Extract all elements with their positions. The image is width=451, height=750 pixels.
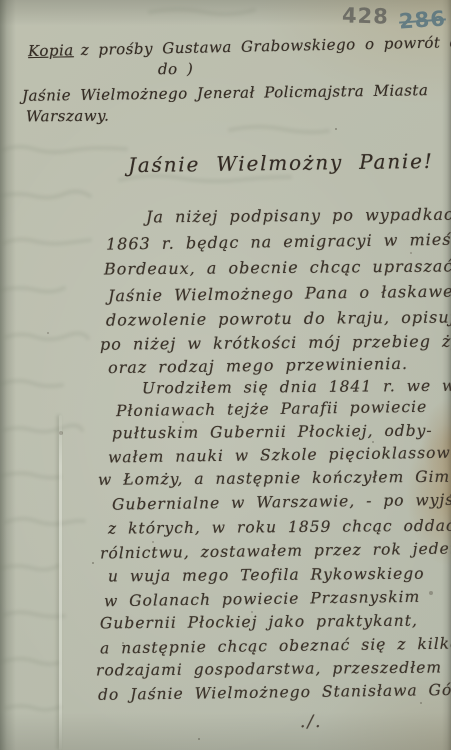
manuscript-line: do Jaśnie Wielmożnego Stanisława Górskie… <box>98 680 451 704</box>
manuscript-line: oraz rodzaj mego przewinienia. <box>108 354 408 377</box>
manuscript-line: rodzajami gospodarstwa, przeszedłem <box>96 658 442 679</box>
manuscript-line: pułtuskim Gubernii Płockiej, odby- <box>112 422 433 443</box>
manuscript-line: Ja niżej podpisany po wypadkach <box>146 205 451 227</box>
manuscript-line: Gubernii Płockiej jako praktykant, <box>100 612 418 633</box>
manuscript-line: Urodziłem się dnia 1841 r. we wsi <box>142 377 451 398</box>
continuation-mark: ./. <box>300 712 323 732</box>
manuscript-line: a następnie chcąc obeznać się z kilko <box>100 634 451 657</box>
docket-title-rest: z prośby Gustawa Grabowskiego o powrót d… <box>81 32 451 59</box>
manuscript-line: rólnictwu, zostawałem przez rok jeden <box>100 539 451 562</box>
paper-specks <box>0 0 2 2</box>
manuscript-page: 428 286 Kopiaz prośby Gustawa Grabowskie… <box>0 0 451 750</box>
docket-title-word: Kopia <box>28 41 74 60</box>
manuscript-line: Gubernialne w Warszawie, - po wyjściu <box>112 490 451 513</box>
manuscript-line: z których, w roku 1859 chcąc oddać się <box>108 516 451 537</box>
docket-do-line: do ) <box>158 60 193 78</box>
salutation: Jaśnie Wielmożny Panie! <box>128 149 434 177</box>
manuscript-line: wałem nauki w Szkole pięcioklassowej <box>108 443 451 466</box>
addressee-line-1: Jaśnie Wielmożnego Jenerał Policmajstra … <box>22 81 429 105</box>
manuscript-line: 1863 r. będąc na emigracyi w mieście <box>106 229 451 253</box>
manuscript-line: w Golanach powiecie Przasnyskim <box>104 588 420 610</box>
manuscript-line: po niżej w krótkości mój przebieg życia <box>100 331 451 353</box>
manuscript-line: Jaśnie Wielmożnego Pana o łaskawe <box>108 282 451 306</box>
manuscript-line: dozwolenie powrotu do kraju, opisuję <box>106 307 451 329</box>
page-number-pencil: 428 <box>342 3 389 28</box>
manuscript-line: Płoniawach tejże Parafii powiecie <box>116 398 427 420</box>
manuscript-line: Bordeaux, a obecnie chcąc upraszać <box>104 256 451 278</box>
docket-title-line: Kopiaz prośby Gustawa Grabowskiego o pow… <box>28 32 451 60</box>
manuscript-line: w Łomży, a następnie kończyłem Gimnazyum <box>98 467 451 489</box>
page-number-crossed-out: 286 <box>398 6 446 33</box>
manuscript-line: u wuja mego Teofila Rykowskiego <box>108 565 425 586</box>
page-fold-line <box>59 415 62 750</box>
addressee-line-2: Warszawy. <box>26 107 110 126</box>
